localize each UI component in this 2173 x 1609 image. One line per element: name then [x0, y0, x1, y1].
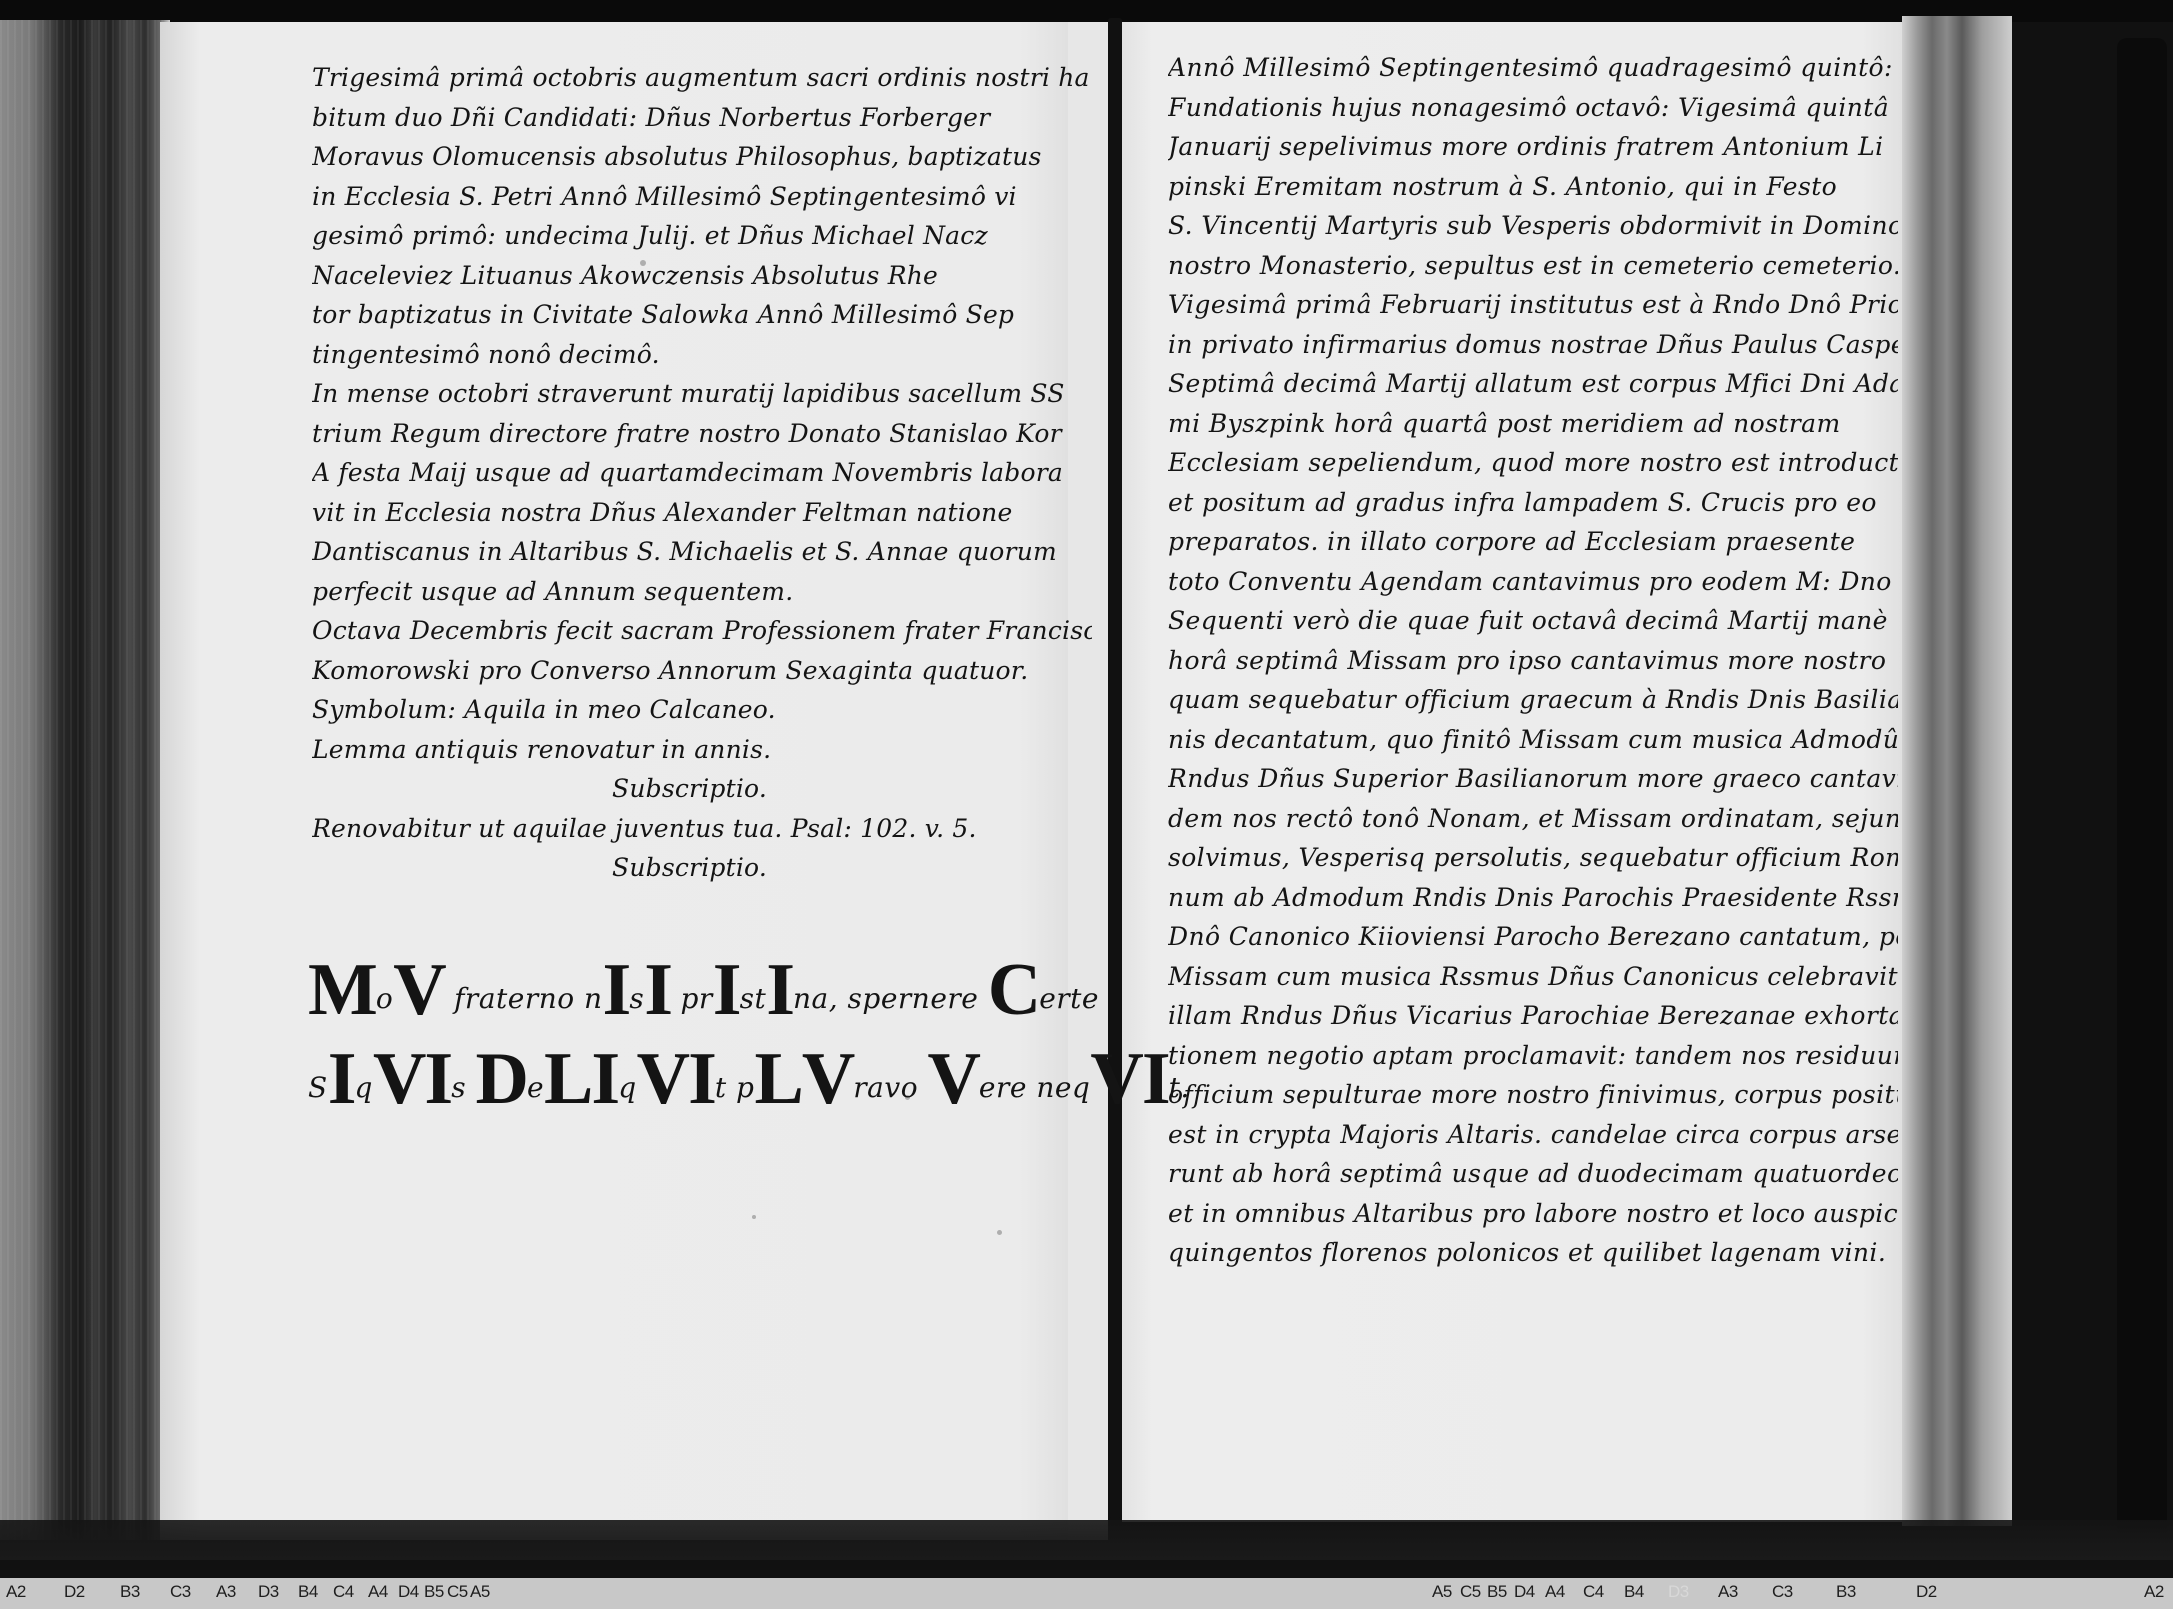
chronogram-numeral: V [802, 1038, 853, 1120]
chronogram-letters: p [736, 1071, 754, 1104]
chronogram-letters: erte [1039, 982, 1099, 1015]
right-page-text: Annô Millesimô Septingentesimô quadrages… [1168, 48, 1898, 1273]
right-book-edge [1902, 16, 2012, 1526]
target-label: B4 [1624, 1582, 1644, 1602]
chronogram-numeral: V [927, 1038, 978, 1120]
manuscript-line: Septimâ decimâ Martij allatum est corpus… [1168, 364, 1898, 404]
manuscript-line: et in omnibus Altaribus pro labore nostr… [1168, 1194, 1898, 1234]
subscription-note: Subscriptio. [312, 769, 1092, 809]
subscription-note: Subscriptio. [312, 848, 1092, 888]
manuscript-line: gesimô primô: undecima Julij. et Dñus Mi… [312, 216, 1092, 256]
manuscript-line: Missam cum musica Rssmus Dñus Canonicus … [1168, 957, 1898, 997]
chronogram-letters: q [355, 1071, 373, 1104]
target-label: A2 [6, 1582, 26, 1602]
chronogram-letters: q [618, 1071, 636, 1104]
chronogram-line-1: MoV fraterno nIsI prIstIna, spernere Cer… [308, 950, 1108, 1039]
chronogram-letters: pr [671, 982, 713, 1015]
target-label: A3 [1718, 1582, 1738, 1602]
chronogram: MoV fraterno nIsI prIstIna, spernere Cer… [308, 950, 1108, 1128]
target-label: A4 [368, 1582, 388, 1602]
manuscript-line: Lemma antiquis renovatur in annis. [312, 730, 1092, 770]
psalm-citation: Renovabitur ut aquilae juventus tua. Psa… [312, 809, 1092, 849]
manuscript-line: preparatos. in illato corpore ad Ecclesi… [1168, 522, 1898, 562]
chronogram-numeral: C [988, 949, 1039, 1031]
chronogram-letters: s [629, 982, 644, 1015]
chronogram-letters: e [527, 1071, 544, 1104]
manuscript-line: illam Rndus Dñus Vicarius Parochiae Bere… [1168, 996, 1898, 1036]
ink-speck [752, 1215, 756, 1219]
target-label: B4 [298, 1582, 318, 1602]
target-label: C5 [1460, 1582, 1481, 1602]
chronogram-letters: ravo [853, 1071, 927, 1104]
target-label: D2 [64, 1582, 85, 1602]
manuscript-line: nostro Monasterio, sepultus est in cemet… [1168, 246, 1898, 286]
target-label: C4 [1583, 1582, 1604, 1602]
scan-bottom-shadow [0, 1520, 2173, 1560]
chronogram-letters: na, spernere [793, 982, 988, 1015]
manuscript-line: Ecclesiam sepeliendum, quod more nostro … [1168, 443, 1898, 483]
chronogram-numeral: L [754, 1038, 801, 1120]
chronogram-numeral: D [475, 1038, 526, 1120]
manuscript-line: pinski Eremitam nostrum à S. Antonio, qu… [1168, 167, 1898, 207]
target-label: A3 [216, 1582, 236, 1602]
manuscript-line: quingentos florenos polonicos et quilibe… [1168, 1233, 1898, 1273]
manuscript-line: Trigesimâ primâ octobris augmentum sacri… [312, 58, 1092, 98]
manuscript-line: nis decantatum, quo finitô Missam cum mu… [1168, 720, 1898, 760]
chronogram-numeral: I [603, 949, 630, 1031]
ink-speck [997, 1230, 1002, 1235]
chronogram-numeral: I [1142, 1038, 1169, 1120]
manuscript-line: Komorowski pro Converso Annorum Sexagint… [312, 651, 1092, 691]
target-label: C4 [333, 1582, 354, 1602]
chronogram-line-2: SIqVIs DeLIqVIt pLVravo Vere neqVIt. [308, 1039, 1108, 1128]
manuscript-line: Naceleviez Lituanus Akowczensis Absolutu… [312, 256, 1092, 296]
manuscript-line: tingentesimô nonô decimô. [312, 335, 1092, 375]
manuscript-line: horâ septimâ Missam pro ipso cantavimus … [1168, 641, 1898, 681]
chronogram-numeral: I [591, 1038, 618, 1120]
left-page-text: Trigesimâ primâ octobris augmentum sacri… [312, 58, 1092, 888]
target-label: D3 [258, 1582, 279, 1602]
manuscript-line: Dantiscanus in Altaribus S. Michaelis et… [312, 532, 1092, 572]
chronogram-numeral: I [688, 1038, 715, 1120]
target-label: B5 [424, 1582, 444, 1602]
chronogram-numeral: V [393, 949, 444, 1031]
target-label: D4 [1514, 1582, 1535, 1602]
manuscript-line: bitum duo Dñi Candidati: Dñus Norbertus … [312, 98, 1092, 138]
manuscript-line: Sequenti verò die quae fuit octavâ decim… [1168, 601, 1898, 641]
chronogram-numeral: I [766, 949, 793, 1031]
chronogram-letters: s [451, 1071, 475, 1104]
manuscript-line: Vigesimâ primâ Februarij institutus est … [1168, 285, 1898, 325]
scan-top-border [0, 0, 2173, 22]
target-label: D3 [1668, 1582, 1689, 1602]
target-label: B5 [1487, 1582, 1507, 1602]
target-label: C3 [170, 1582, 191, 1602]
manuscript-line: num ab Admodum Rndis Dnis Parochis Praes… [1168, 878, 1898, 918]
manuscript-line: Rndus Dñus Superior Basilianorum more gr… [1168, 759, 1898, 799]
manuscript-line: tor baptizatus in Civitate Salowka Annô … [312, 295, 1092, 335]
target-label: C3 [1772, 1582, 1793, 1602]
manuscript-line: dem nos rectô tonô Nonam, et Missam ordi… [1168, 799, 1898, 839]
chronogram-letters: S [308, 1071, 328, 1104]
target-label: A5 [1432, 1582, 1452, 1602]
manuscript-line: perfecit usque ad Annum sequentem. [312, 572, 1092, 612]
chronogram-numeral: I [713, 949, 740, 1031]
left-book-edge [0, 20, 170, 1540]
chronogram-letters: o [376, 982, 393, 1015]
chronogram-numeral: I [424, 1038, 451, 1120]
manuscript-line: Symbolum: Aquila in meo Calcaneo. [312, 690, 1092, 730]
chronogram-numeral: V [637, 1038, 688, 1120]
manuscript-line: mi Byszpink horâ quartâ post meridiem ad… [1168, 404, 1898, 444]
manuscript-line: S. Vincentij Martyris sub Vesperis obdor… [1168, 206, 1898, 246]
chronogram-numeral: V [373, 1038, 424, 1120]
manuscript-line: toto Conventu Agendam cantavimus pro eod… [1168, 562, 1898, 602]
chronogram-letters: t [715, 1071, 736, 1104]
manuscript-line: tionem negotio aptam proclamavit: tandem… [1168, 1036, 1898, 1076]
manuscript-line: quam sequebatur officium graecum à Rndis… [1168, 680, 1898, 720]
right-book-cover [2117, 38, 2167, 1533]
manuscript-line: Annô Millesimô Septingentesimô quadrages… [1168, 48, 1898, 88]
manuscript-line: in Ecclesia S. Petri Annô Millesimô Sept… [312, 177, 1092, 217]
manuscript-line: Dnô Canonico Kiioviensi Parocho Berezano… [1168, 917, 1898, 957]
chronogram-numeral: I [644, 949, 671, 1031]
chronogram-letters: fraterno n [445, 982, 603, 1015]
target-label: A5 [470, 1582, 490, 1602]
manuscript-line: In mense octobri straverunt muratij lapi… [312, 374, 1092, 414]
target-label: A2 [2144, 1582, 2164, 1602]
chronogram-numeral: M [308, 949, 376, 1031]
chronogram-letters: st [740, 982, 767, 1015]
target-label: B3 [120, 1582, 140, 1602]
target-label: B3 [1836, 1582, 1856, 1602]
manuscript-line: Januarij sepelivimus more ordinis fratre… [1168, 127, 1898, 167]
manuscript-line: solvimus, Vesperisq persolutis, sequebat… [1168, 838, 1898, 878]
manuscript-line: Octava Decembris fecit sacram Profession… [312, 611, 1092, 651]
manuscript-line: in privato infirmarius domus nostrae Dñu… [1168, 325, 1898, 365]
manuscript-line: officium sepulturae more nostro finivimu… [1168, 1075, 1898, 1115]
chronogram-numeral: I [328, 1038, 355, 1120]
chronogram-letters: ere neq [979, 1071, 1090, 1104]
target-label: D4 [398, 1582, 419, 1602]
manuscript-line: et positum ad gradus infra lampadem S. C… [1168, 483, 1898, 523]
chronogram-numeral: L [544, 1038, 591, 1120]
manuscript-line: est in crypta Majoris Altaris. candelae … [1168, 1115, 1898, 1155]
target-label: A4 [1545, 1582, 1565, 1602]
manuscript-line: Fundationis hujus nonagesimô octavô: Vig… [1168, 88, 1898, 128]
book-gutter [1108, 18, 1122, 1518]
manuscript-line: runt ab horâ septimâ usque ad duodecimam… [1168, 1154, 1898, 1194]
target-label: C5 [447, 1582, 468, 1602]
calibration-target-strip: A2 D2 B3 C3 A3 D3 B4 C4 A4 D4 B5 C5 A5 A… [0, 1578, 2173, 1609]
manuscript-line: Moravus Olomucensis absolutus Philosophu… [312, 137, 1092, 177]
target-label: D2 [1916, 1582, 1937, 1602]
manuscript-line: trium Regum directore fratre nostro Dona… [312, 414, 1092, 454]
chronogram-numeral: V [1090, 1038, 1141, 1120]
manuscript-line: vit in Ecclesia nostra Dñus Alexander Fe… [312, 493, 1092, 533]
manuscript-line: A festa Maij usque ad quartamdecimam Nov… [312, 453, 1092, 493]
